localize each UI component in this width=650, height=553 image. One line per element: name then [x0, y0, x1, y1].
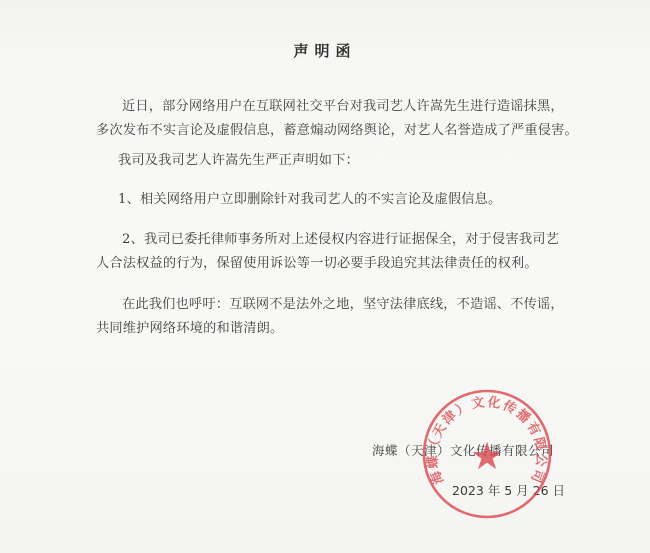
paragraph-item-1: 1、相关网络用户立即删除针对我司艺人的不实言论及虚假信息。: [118, 188, 608, 212]
document-page: 声明函 近日，部分网络用户在互联网社交平台对我司艺人许嵩先生进行造谣抹黑， 多次…: [0, 0, 650, 553]
paragraph-line: 我司及我司艺人许嵩先生严正声明如下：: [118, 149, 608, 173]
document-title: 声明函: [0, 40, 650, 61]
paragraph-appeal: 在此我们也呼吁：互联网不是法外之地，坚守法律底线，不造谣、不传谣， 共同维护网络…: [96, 293, 616, 341]
paragraph-declaration: 我司及我司艺人许嵩先生严正声明如下：: [118, 149, 608, 173]
paragraph-item-2: 2、我司已委托律师事务所对上述侵权内容进行证据保全，对于侵害我司艺 人合法权益的…: [96, 228, 616, 276]
paragraph-line: 在此我们也呼吁：互联网不是法外之地，坚守法律底线，不造谣、不传谣，: [96, 293, 616, 317]
paragraph-intro: 近日，部分网络用户在互联网社交平台对我司艺人许嵩先生进行造谣抹黑， 多次发布不实…: [96, 95, 616, 143]
paragraph-line: 人合法权益的行为，保留使用诉讼等一切必要手段追究其法律责任的权利。: [96, 252, 616, 276]
paragraph-line: 共同维护网络环境的和谐清朗。: [96, 317, 616, 341]
paragraph-line: 1、相关网络用户立即删除针对我司艺人的不实言论及虚假信息。: [118, 188, 608, 212]
company-signature: 海蝶（天津）文化传播有限公司: [372, 441, 554, 459]
paragraph-line: 2、我司已委托律师事务所对上述侵权内容进行证据保全，对于侵害我司艺: [96, 228, 616, 252]
paragraph-line: 近日，部分网络用户在互联网社交平台对我司艺人许嵩先生进行造谣抹黑，: [96, 95, 616, 119]
paragraph-line: 多次发布不实言论及虚假信息，蓄意煽动网络舆论，对艺人名誉造成了严重侵害。: [96, 119, 616, 143]
document-date: 2023 年 5 月 26 日: [452, 481, 565, 499]
